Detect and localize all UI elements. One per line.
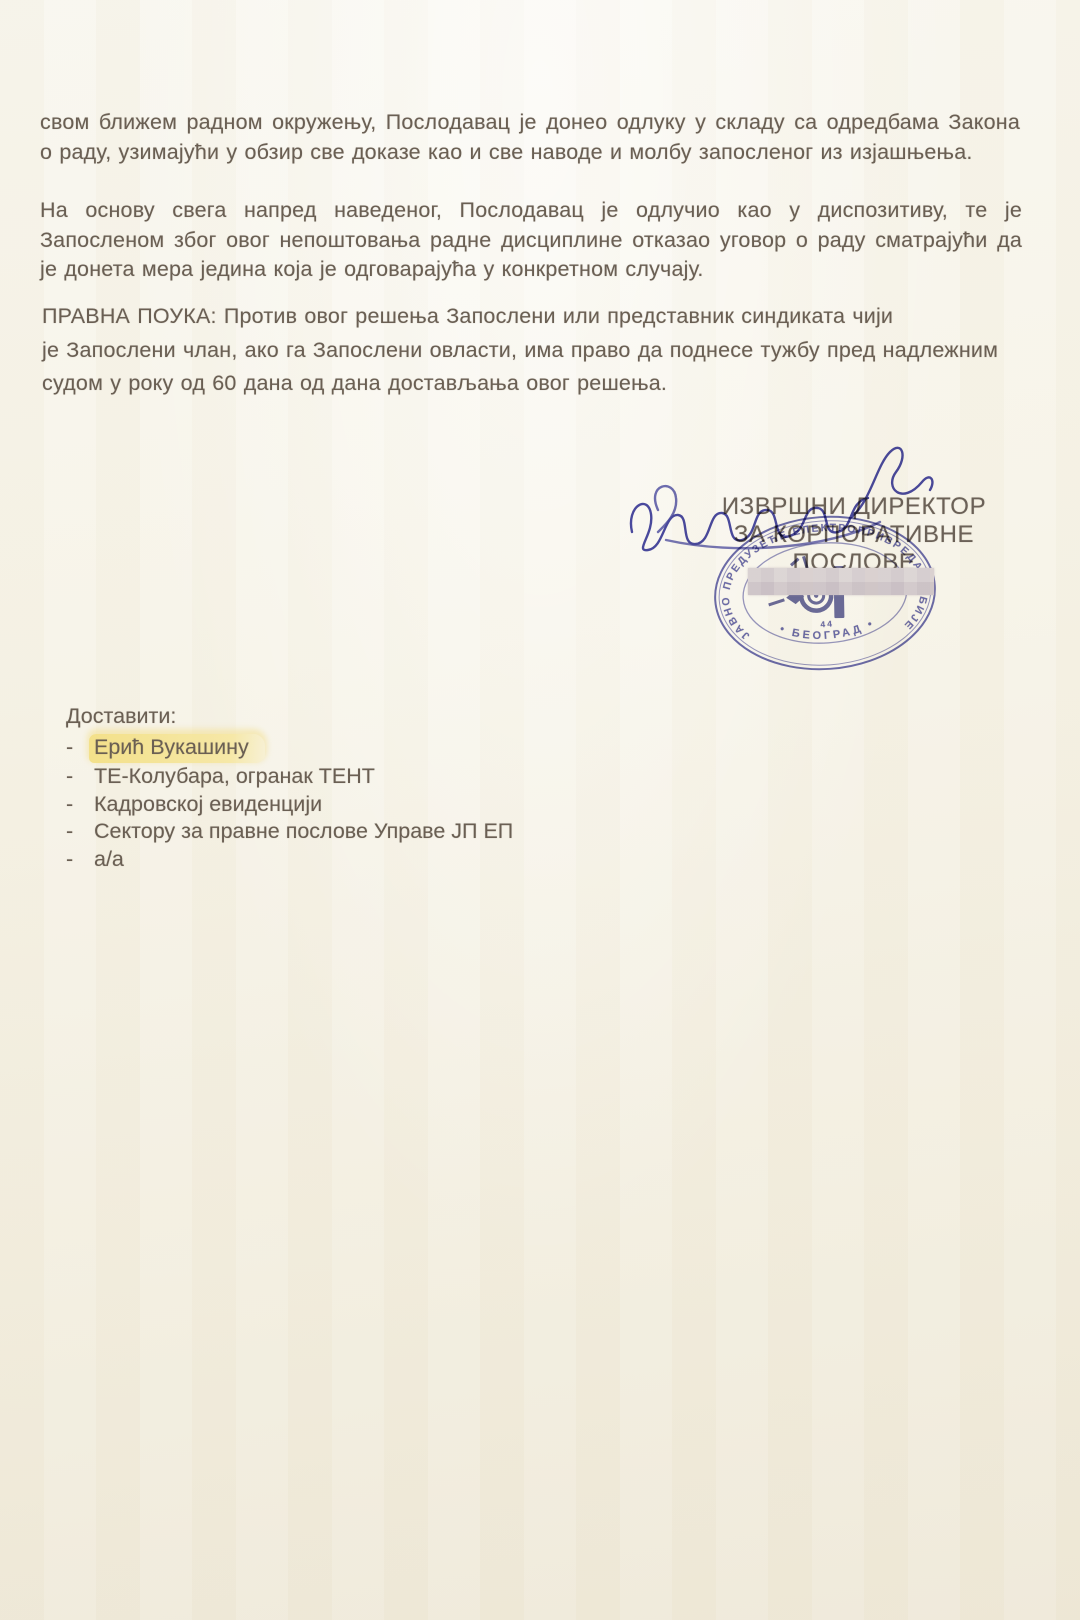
text-line: ПРАВНА ПОУКА: Против овог решења Запосле… (42, 300, 1022, 334)
dash-bullet: - (66, 846, 94, 874)
text-line: На основу свега напред наведеног, Послод… (40, 196, 1022, 226)
distribution-item: - Сектору за правне послове Управе ЈП ЕП (66, 818, 513, 846)
distribution-item: - ТЕ-Колубара, огранак ТЕНТ (66, 763, 513, 791)
distribution-list: - Ерић Вукашину - ТЕ-Колубара, огранак Т… (66, 734, 513, 874)
text-line: о раду, узимајући у обзир све доказе као… (40, 137, 1020, 167)
paragraph-1: свом ближем радном окружењу, Послодавац … (40, 107, 1020, 167)
distribution-item-text: Сектору за правне послове Управе ЈП ЕП (94, 818, 513, 846)
legal-notice-paragraph: ПРАВНА ПОУКА: Против овог решења Запосле… (42, 300, 1022, 401)
stamp-number: 44 (820, 618, 834, 629)
distribution-item-text: а/а (94, 846, 124, 874)
text-line: је Запослени члан, ако га Запослени овла… (42, 334, 1022, 368)
distribution-item-text: Кадровској евиденцији (94, 791, 322, 819)
distribution-section: Доставити: - Ерић Вукашину - ТЕ-Колубара… (66, 701, 513, 874)
paragraph-2: На основу свега напред наведеног, Послод… (40, 196, 1022, 285)
text-line: свом ближем радном окружењу, Послодавац … (40, 107, 1020, 137)
distribution-item-text: ТЕ-Колубара, огранак ТЕНТ (94, 763, 375, 791)
text-line: судом у року од 60 дана од дана доставља… (42, 367, 1022, 401)
dash-bullet: - (66, 763, 94, 791)
dash-bullet: - (66, 818, 94, 846)
signature-stroke-loop (655, 486, 676, 532)
redacted-name-blur (748, 568, 934, 595)
document-page: свом ближем радном окружењу, Послодавац … (0, 0, 1080, 1620)
handwritten-signature (618, 440, 968, 575)
text-line: је донета мера једина која је одговарају… (40, 255, 1022, 285)
distribution-item: - Кадровској евиденцији (66, 791, 513, 819)
distribution-item-text: Ерић Вукашину (89, 734, 265, 763)
distribution-item: - Ерић Вукашину (66, 734, 513, 763)
distribution-label: Доставити: (66, 701, 513, 731)
distribution-item: - а/а (66, 846, 513, 874)
text-line: Запосленом због овог непоштовања радне д… (40, 226, 1022, 256)
dash-bullet: - (66, 791, 94, 819)
signature-stroke-flourish (850, 448, 932, 518)
